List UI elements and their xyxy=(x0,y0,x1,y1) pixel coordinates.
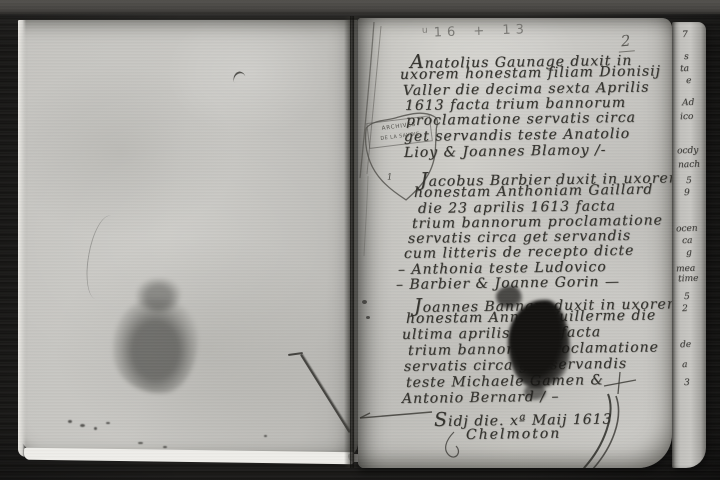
paper-speck xyxy=(163,446,167,448)
margin-fragment: Ad xyxy=(682,98,695,108)
paper-speck xyxy=(80,424,85,427)
margin-fragment: e xyxy=(686,76,692,86)
ink-dot xyxy=(362,300,367,304)
ink-squiggle xyxy=(231,70,247,84)
page-stain xyxy=(113,298,198,393)
ink-dot xyxy=(366,316,370,319)
paper-speck xyxy=(94,427,97,430)
margin-fragment: ico xyxy=(680,112,694,122)
photo-top-band xyxy=(0,0,720,14)
manuscript-line: Lioy & Joannes Blamoy /- xyxy=(404,143,607,161)
bookmark-ribbon xyxy=(300,354,350,433)
paper-crease xyxy=(81,213,126,302)
margin-fragment: ca xyxy=(682,236,693,246)
margin-fragment: 5 xyxy=(684,292,690,302)
left-page xyxy=(18,20,358,457)
paper-speck xyxy=(68,420,72,423)
margin-fragment: g xyxy=(686,248,692,258)
margin-fragment: nach xyxy=(678,160,700,171)
margin-fragment: 2 xyxy=(682,304,688,314)
margin-fragment: s xyxy=(684,52,689,62)
margin-fragment: ocen xyxy=(676,224,698,235)
stamp-mark: 1 xyxy=(387,173,393,183)
next-page-edge: 7 s ta e Ad ico ocdy nach 5 9 ocen ca g … xyxy=(672,22,706,468)
page-stain-satellite xyxy=(136,278,181,312)
left-page-edge xyxy=(18,20,26,457)
ink-blot-tail xyxy=(524,384,546,400)
margin-fragment: de xyxy=(680,340,691,350)
margin-fragment: a xyxy=(682,360,688,370)
ink-blot-satellite xyxy=(496,286,522,308)
pencil-folio-note: u16 + 13 xyxy=(422,22,529,41)
margin-fragment: 7 xyxy=(682,30,688,40)
scanned-register-photo: u16 + 13 2 ARCHIVES DE LA SAVOIE 1 Anato… xyxy=(0,0,720,480)
ink-blot xyxy=(508,300,570,388)
margin-fragment: time xyxy=(678,274,699,285)
paper-speck xyxy=(264,435,267,437)
paper-speck xyxy=(106,422,110,424)
underlying-sheet xyxy=(24,448,354,465)
margin-fragment: ocdy xyxy=(677,146,699,157)
margin-fragment: 5 xyxy=(686,176,692,186)
margin-fragment: 9 xyxy=(684,188,690,198)
right-page: u16 + 13 2 ARCHIVES DE LA SAVOIE 1 Anato… xyxy=(358,18,672,468)
margin-fragment: ta xyxy=(680,64,689,74)
margin-fragment: mea xyxy=(676,264,696,275)
paper-speck xyxy=(138,442,143,444)
signature: Chelmoton xyxy=(466,427,561,444)
margin-fragment: 3 xyxy=(684,378,690,388)
pencil-note-text: 16 + 13 xyxy=(433,22,529,40)
pencil-tick: u xyxy=(422,26,428,36)
